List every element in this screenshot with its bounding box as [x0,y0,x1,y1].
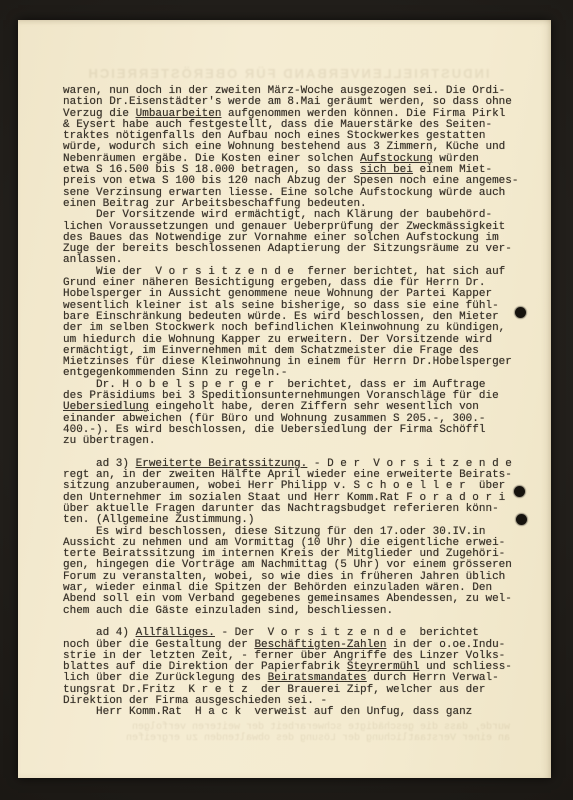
bleedthrough-text: an einer Verstaatlichung der Lösung des … [80,733,510,744]
document-lines: waren, nun doch in der zweiten März-Woch… [63,86,528,719]
bleedthrough-text: wurde, dass die geschädigte schwerarbeit… [80,722,510,733]
text-line: chem auch die Gäste einzuladen sind, bes… [63,606,528,617]
bleedthrough-letterhead: INDUSTRIELLENVERBAND FÜR OBERÖSTERREICH [78,66,498,81]
hole-punch [515,307,526,318]
text-line: Zuge der bereits beschlossenen Adaptieru… [63,244,528,255]
text-line: Herr Komm.Rat H a c k verweist auf den U… [63,707,528,718]
text-line: zu übertragen. [63,436,528,447]
hole-punch [514,486,525,497]
paper-sheet: INDUSTRIELLENVERBAND FÜR OBERÖSTERREICH … [18,20,551,778]
hole-punch [516,514,527,525]
scanned-document-screenshot: { "page": { "background_color": "#221f1b… [0,0,573,800]
